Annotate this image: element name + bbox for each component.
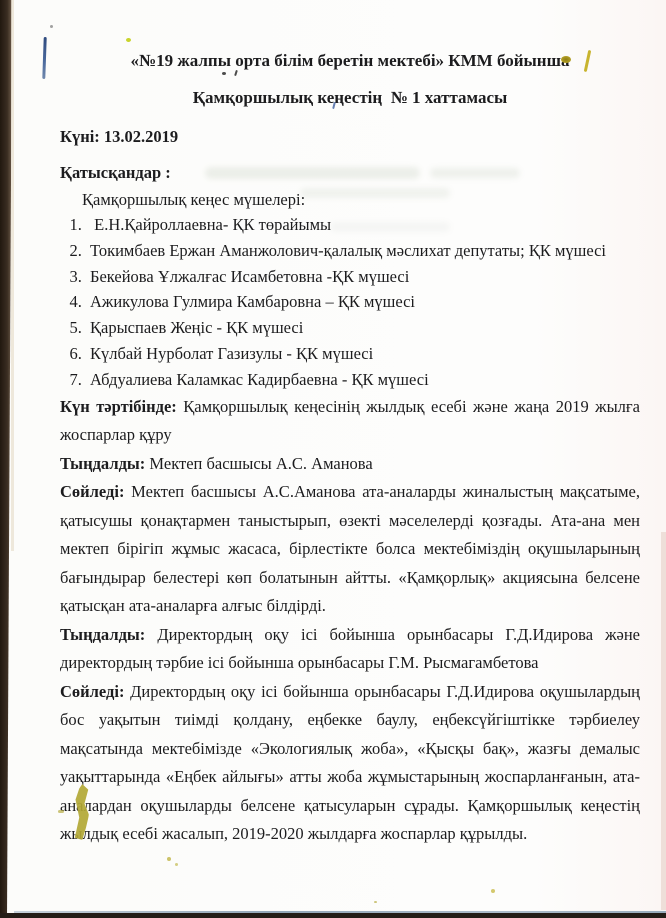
ghost-text-bleedthrough — [430, 168, 520, 178]
document-title-line1: «№19 жалпы орта білім беретін мектебі» К… — [60, 50, 640, 72]
section-text: Мектеп басшысы А.С.Аманова ата-аналарды … — [60, 482, 640, 615]
scanner-edge-right — [661, 532, 666, 910]
scanned-document-page: «№19 жалпы орта білім беретін мектебі» К… — [0, 0, 666, 918]
scanner-edge-left-shadow — [11, 0, 14, 551]
section-text: Мектеп басшысы А.С. Аманова — [145, 454, 372, 473]
yellow-speck — [175, 863, 178, 866]
section-text: Директордың оқу ісі бойынша орынбасары Г… — [60, 625, 640, 673]
document-title-line2: Қамқоршылық кеңестің № 1 хаттамасы — [60, 87, 640, 109]
heard-paragraph-2: Тыңдалды: Директордың оқу ісі бойынша ор… — [60, 621, 640, 678]
list-item: Токимбаев Ержан Аманжолович-қалалық мәсл… — [86, 238, 640, 264]
scanner-edge-bottom — [0, 913, 666, 918]
blue-pen-stroke — [42, 37, 46, 79]
highlighter-dash — [58, 810, 64, 813]
section-label: Күн тәртібінде: — [60, 397, 177, 416]
section-label: Тыңдалды: — [60, 454, 145, 473]
list-item: Абдуалиева Каламкас Кадирбаевна - ҚК мүш… — [86, 367, 640, 393]
ink-dot — [50, 25, 53, 28]
spoke-paragraph-1: Сөйледі: Мектеп басшысы А.С.Аманова ата-… — [60, 478, 640, 621]
document-body: «№19 жалпы орта білім беретін мектебі» К… — [60, 0, 640, 849]
stray-ink-dot — [222, 72, 226, 75]
yellow-speck — [374, 901, 377, 903]
date-line: Күні: 13.02.2019 — [60, 126, 640, 148]
yellow-marker-dot — [561, 56, 571, 63]
agenda-paragraph: Күн тәртібінде: Қамқоршылық кеңесінің жы… — [60, 393, 640, 450]
section-label: Сөйледі: — [60, 482, 124, 501]
list-item: Күлбай Нурболат Газизулы - ҚК мүшесі — [86, 341, 640, 367]
section-label: Сөйледі: — [60, 682, 124, 701]
yellow-speck — [167, 857, 171, 861]
spoke-paragraph-2: Сөйледі: Директордың оқу ісі бойынша оры… — [60, 678, 640, 849]
yellow-speck — [491, 889, 495, 893]
list-item: Бекейова Ұлжалғас Исамбетовна -ҚК мүшесі — [86, 264, 640, 290]
ghost-text-bleedthrough — [330, 222, 450, 232]
members-list: Е.Н.Қайроллаевна- ҚК төрайымы Токимбаев … — [60, 212, 640, 393]
list-item: Ажикулова Гулмира Камбаровна – ҚК мүшесі — [86, 289, 640, 315]
ghost-text-bleedthrough — [300, 188, 450, 198]
heard-paragraph-1: Тыңдалды: Мектеп басшысы А.С. Аманова — [60, 450, 640, 479]
section-text: Директордың оқу ісі бойынша орынбасары Г… — [60, 682, 640, 844]
section-label: Тыңдалды: — [60, 625, 145, 644]
list-item: Қарыспаев Жеңіс - ҚК мүшесі — [86, 315, 640, 341]
ghost-text-bleedthrough — [205, 167, 420, 179]
green-marker-dot — [126, 38, 131, 42]
